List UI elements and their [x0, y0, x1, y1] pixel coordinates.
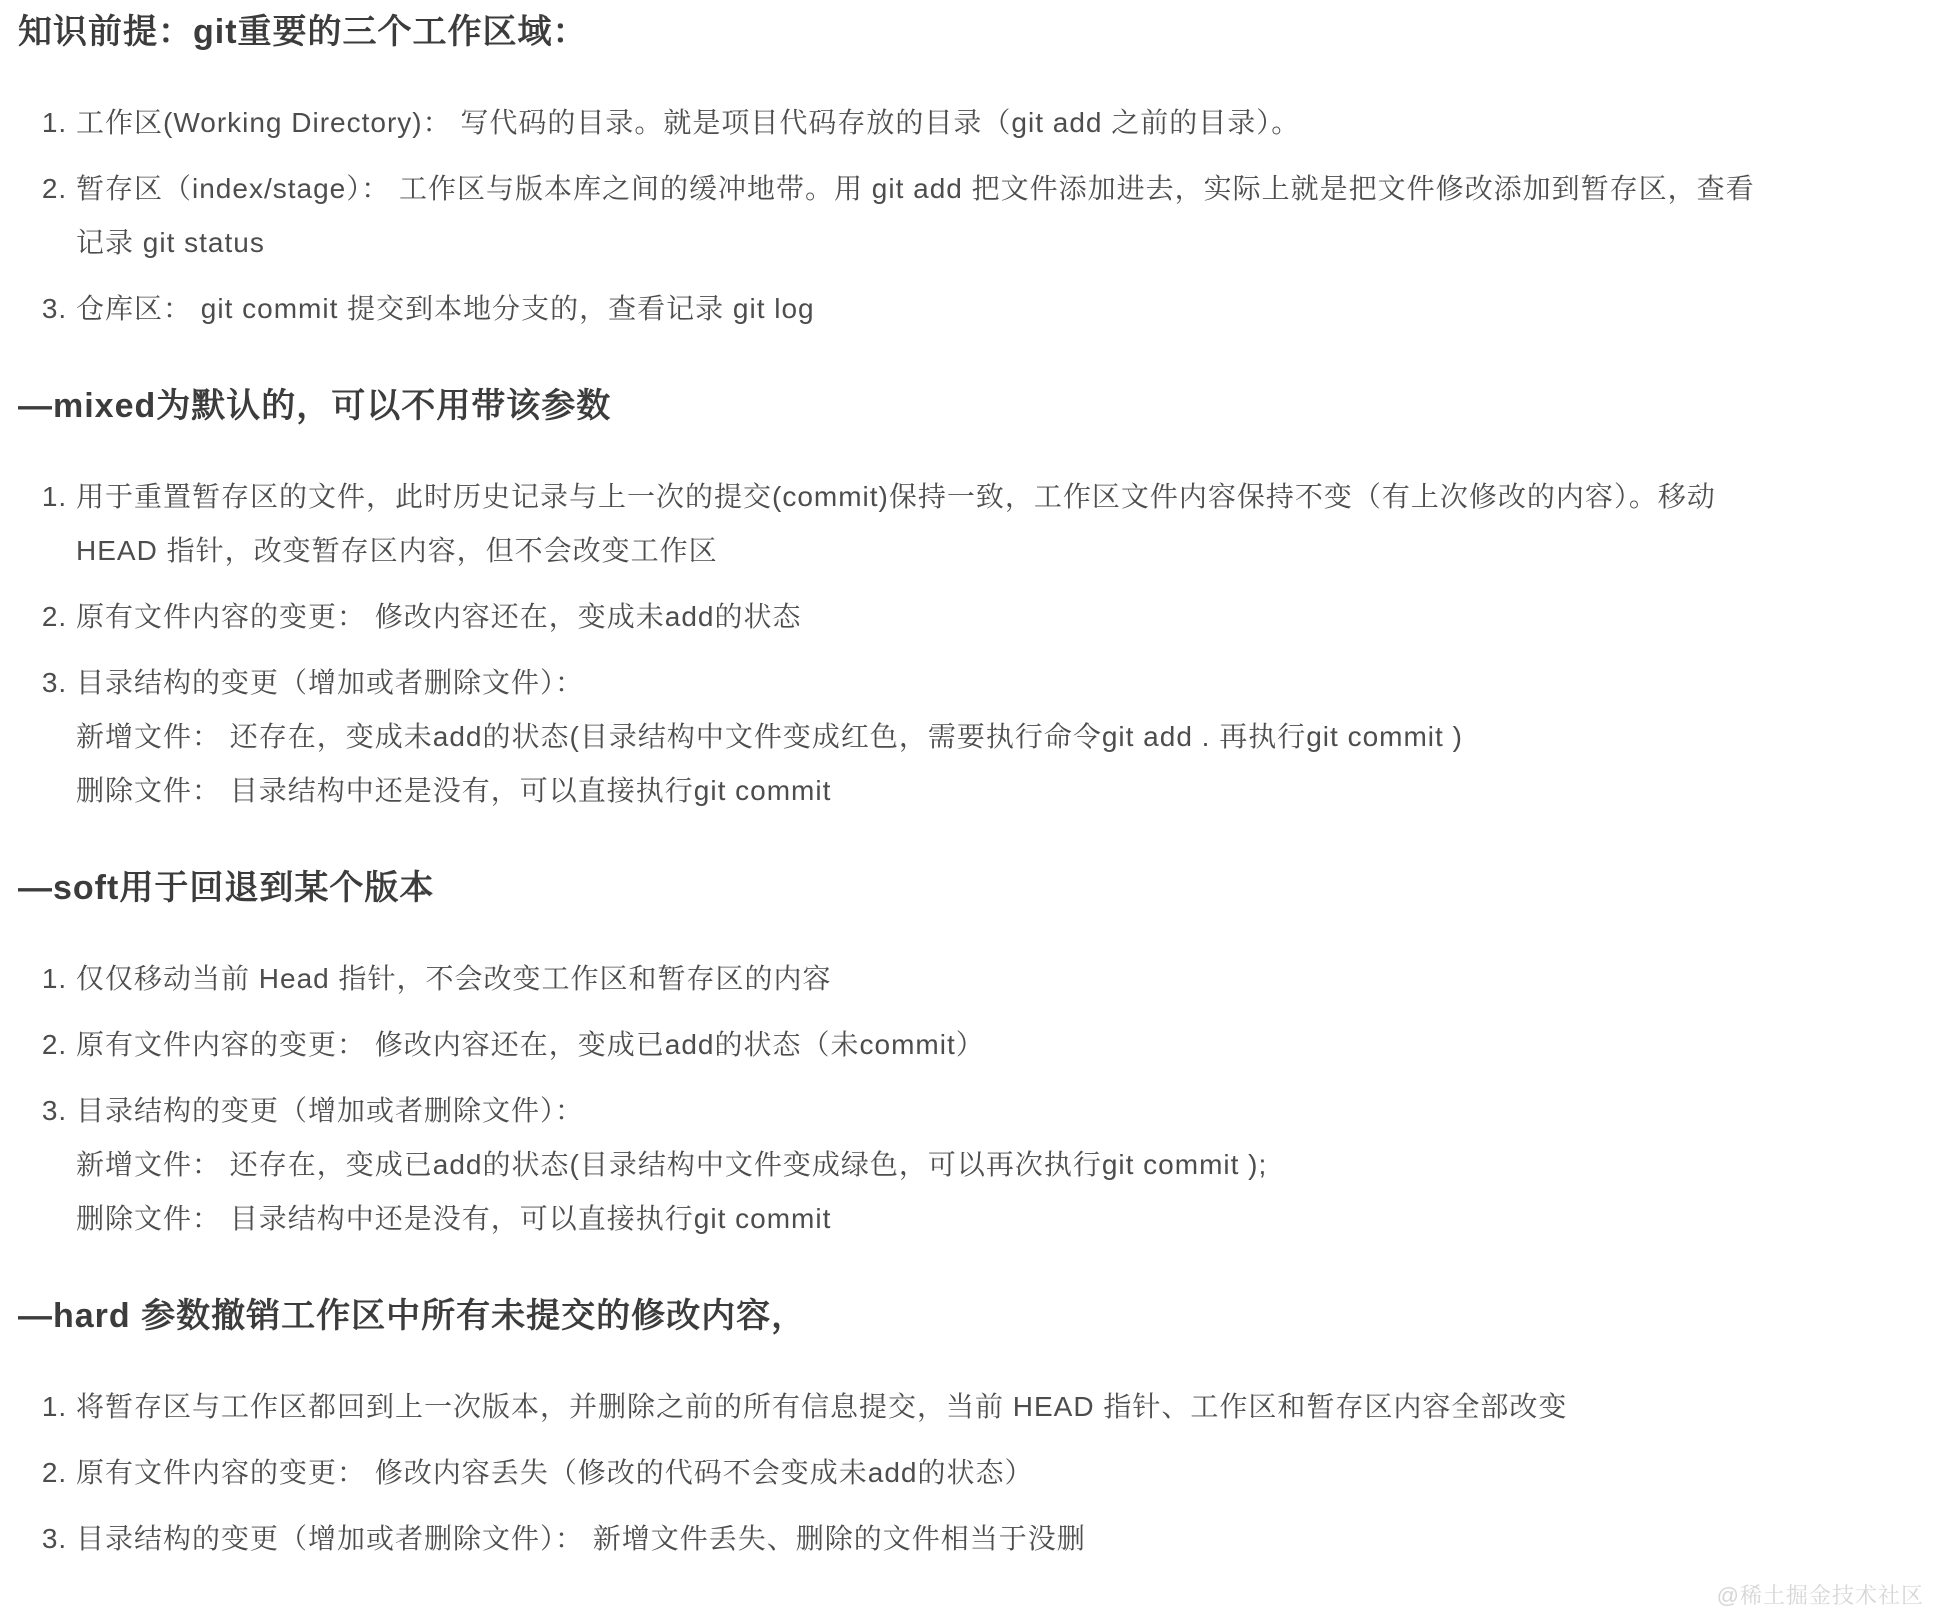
ordered-list: 将暂存区与工作区都回到上一次版本，并删除之前的所有信息提交，当前 HEAD 指针… [18, 1380, 1926, 1566]
list-item: 用于重置暂存区的文件，此时历史记录与上一次的提交(commit)保持一致，工作区… [76, 470, 1926, 578]
watermark: @稀土掘金技术社区 [1717, 1579, 1924, 1610]
list-item-line: 新增文件： 还存在，变成未add的状态(目录结构中文件变成红色，需要执行命令gi… [76, 710, 1926, 764]
section-heading: —soft用于回退到某个版本 [18, 864, 1926, 912]
section-hard: —hard 参数撤销工作区中所有未提交的修改内容， 将暂存区与工作区都回到上一次… [18, 1292, 1926, 1566]
section-mixed: —mixed为默认的，可以不用带该参数 用于重置暂存区的文件，此时历史记录与上一… [18, 382, 1926, 818]
list-item-line: 删除文件： 目录结构中还是没有，可以直接执行git commit [76, 1192, 1926, 1246]
list-item: 目录结构的变更（增加或者删除文件）： 新增文件丢失、删除的文件相当于没删 [76, 1512, 1926, 1566]
list-item: 原有文件内容的变更： 修改内容还在，变成已add的状态（未commit） [76, 1018, 1926, 1072]
list-item: 目录结构的变更（增加或者删除文件）： 新增文件： 还存在，变成已add的状态(目… [76, 1084, 1926, 1246]
list-item: 原有文件内容的变更： 修改内容还在，变成未add的状态 [76, 590, 1926, 644]
list-item-line: 仅仅移动当前 Head 指针，不会改变工作区和暂存区的内容 [76, 952, 1926, 1006]
list-item-line: 工作区(Working Directory)： 写代码的目录。就是项目代码存放的… [76, 96, 1926, 150]
list-item-line: 暂存区（index/stage）： 工作区与版本库之间的缓冲地带。用 git a… [76, 162, 1926, 216]
list-item-line: 将暂存区与工作区都回到上一次版本，并删除之前的所有信息提交，当前 HEAD 指针… [76, 1380, 1926, 1434]
list-item: 仓库区： git commit 提交到本地分支的，查看记录 git log [76, 282, 1926, 336]
list-item-line: 用于重置暂存区的文件，此时历史记录与上一次的提交(commit)保持一致，工作区… [76, 470, 1926, 524]
article-content: 知识前提：git重要的三个工作区域： 工作区(Working Directory… [0, 0, 1936, 1566]
ordered-list: 用于重置暂存区的文件，此时历史记录与上一次的提交(commit)保持一致，工作区… [18, 470, 1926, 818]
list-item: 原有文件内容的变更： 修改内容丢失（修改的代码不会变成未add的状态） [76, 1446, 1926, 1500]
section-heading: 知识前提：git重要的三个工作区域： [18, 8, 1926, 56]
section-git-work-areas: 知识前提：git重要的三个工作区域： 工作区(Working Directory… [18, 8, 1926, 336]
list-item: 暂存区（index/stage）： 工作区与版本库之间的缓冲地带。用 git a… [76, 162, 1926, 270]
list-item-line: 仓库区： git commit 提交到本地分支的，查看记录 git log [76, 282, 1926, 336]
list-item-line: 目录结构的变更（增加或者删除文件）： 新增文件丢失、删除的文件相当于没删 [76, 1512, 1926, 1566]
list-item-line: 原有文件内容的变更： 修改内容还在，变成已add的状态（未commit） [76, 1018, 1926, 1072]
list-item-line: HEAD 指针，改变暂存区内容，但不会改变工作区 [76, 524, 1926, 578]
list-item-line: 记录 git status [76, 216, 1926, 270]
list-item: 仅仅移动当前 Head 指针，不会改变工作区和暂存区的内容 [76, 952, 1926, 1006]
list-item: 目录结构的变更（增加或者删除文件）： 新增文件： 还存在，变成未add的状态(目… [76, 656, 1926, 818]
section-heading: —hard 参数撤销工作区中所有未提交的修改内容， [18, 1292, 1926, 1340]
ordered-list: 仅仅移动当前 Head 指针，不会改变工作区和暂存区的内容 原有文件内容的变更：… [18, 952, 1926, 1246]
section-soft: —soft用于回退到某个版本 仅仅移动当前 Head 指针，不会改变工作区和暂存… [18, 864, 1926, 1246]
list-item-line: 原有文件内容的变更： 修改内容丢失（修改的代码不会变成未add的状态） [76, 1446, 1926, 1500]
list-item-line: 目录结构的变更（增加或者删除文件）： [76, 1084, 1926, 1138]
list-item-line: 删除文件： 目录结构中还是没有，可以直接执行git commit [76, 764, 1926, 818]
ordered-list: 工作区(Working Directory)： 写代码的目录。就是项目代码存放的… [18, 96, 1926, 336]
list-item: 将暂存区与工作区都回到上一次版本，并删除之前的所有信息提交，当前 HEAD 指针… [76, 1380, 1926, 1434]
list-item-line: 原有文件内容的变更： 修改内容还在，变成未add的状态 [76, 590, 1926, 644]
section-heading: —mixed为默认的，可以不用带该参数 [18, 382, 1926, 430]
list-item: 工作区(Working Directory)： 写代码的目录。就是项目代码存放的… [76, 96, 1926, 150]
list-item-line: 新增文件： 还存在，变成已add的状态(目录结构中文件变成绿色，可以再次执行gi… [76, 1138, 1926, 1192]
list-item-line: 目录结构的变更（增加或者删除文件）： [76, 656, 1926, 710]
